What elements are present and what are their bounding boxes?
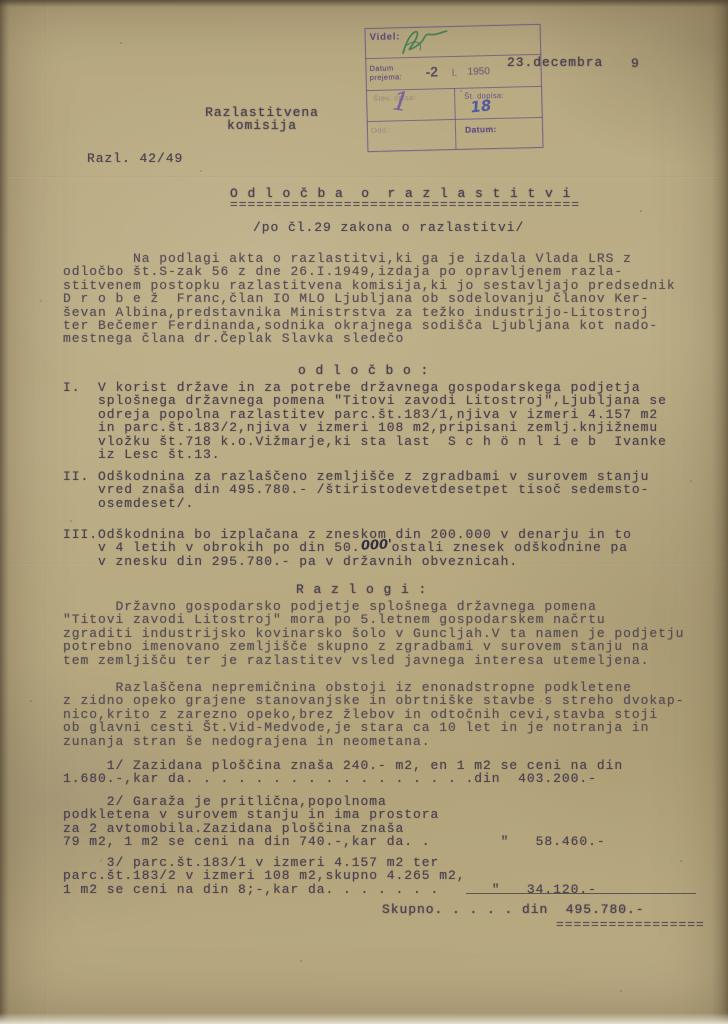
paper-speckles [0,0,2,2]
decision-item-i: I. V korist države in za potrebe državne… [63,381,667,461]
stamp-datum-prejema-label: Datum prejema: [369,63,402,82]
page-number: 9 [631,57,640,70]
decision-item-ii: II. Odškodnina za razlaščeno zemljišče z… [63,470,649,510]
stamp-date-month: I. [452,68,458,79]
intro-paragraph: Na podlagi akta o razlastitvi,ki ga je i… [63,252,676,346]
stamp-date-year: 1950 [467,66,490,78]
signature-mark [392,22,473,62]
valuation-item-3: 3/ parc.št.183/1 v izmeri 4.157 m2 ter p… [63,856,597,896]
paper-crease [0,176,728,178]
received-stamp: Videl: Datum prejema: -2 I. 1950 Štev. s… [365,24,544,152]
reference-number: Razl. 42/49 [87,152,183,165]
scan-edge-bottom [0,1013,728,1024]
odlocbo-heading: o d l o č b o : [298,364,429,377]
total-double-underline: ================= [556,918,705,931]
subtotal-underline [466,893,696,894]
typed-date: 23.decembra [507,56,603,69]
paper-crease [46,0,48,1024]
document-subtitle: /po čl.29 zakona o razlastitvi/ [253,221,524,234]
total-line: Skupno. . . . . din 495.780.- [382,903,645,916]
item-iii-handwritten-correction: 000' [360,539,392,554]
stamp-date-day: -2 [425,63,438,79]
valuation-item-1: 1/ Zazidana ploščina znaša 240.- m2, en … [63,759,623,786]
reasons-paragraph-2: Razlaščena nepremičnina obstoji iz enona… [63,681,684,748]
scanned-document-page: Videl: Datum prejema: -2 I. 1950 Štev. s… [0,0,728,1024]
title-underline: ======================================== [230,198,580,211]
decision-item-iii: III.Odškodnina bo izplačana z zneskom di… [63,528,632,568]
scan-edge-top [0,0,728,7]
scan-edge-left [0,0,9,1024]
razlogi-heading: R a z l o g i : [296,583,427,596]
valuation-item-2: 2/ Garaža je pritlična,popolnoma podklet… [63,795,606,849]
scan-edge-right [712,0,728,1024]
reasons-paragraph-1: Državno gospodarsko podjetje splošnega d… [63,600,684,667]
stamp-odd-label: Odd.: [371,126,392,135]
stamp-datum-label: Datum: [465,124,497,135]
stamp-st-dopisa-value: 18 [470,96,493,116]
sender-block: Razlastitvena komisija [182,106,342,133]
